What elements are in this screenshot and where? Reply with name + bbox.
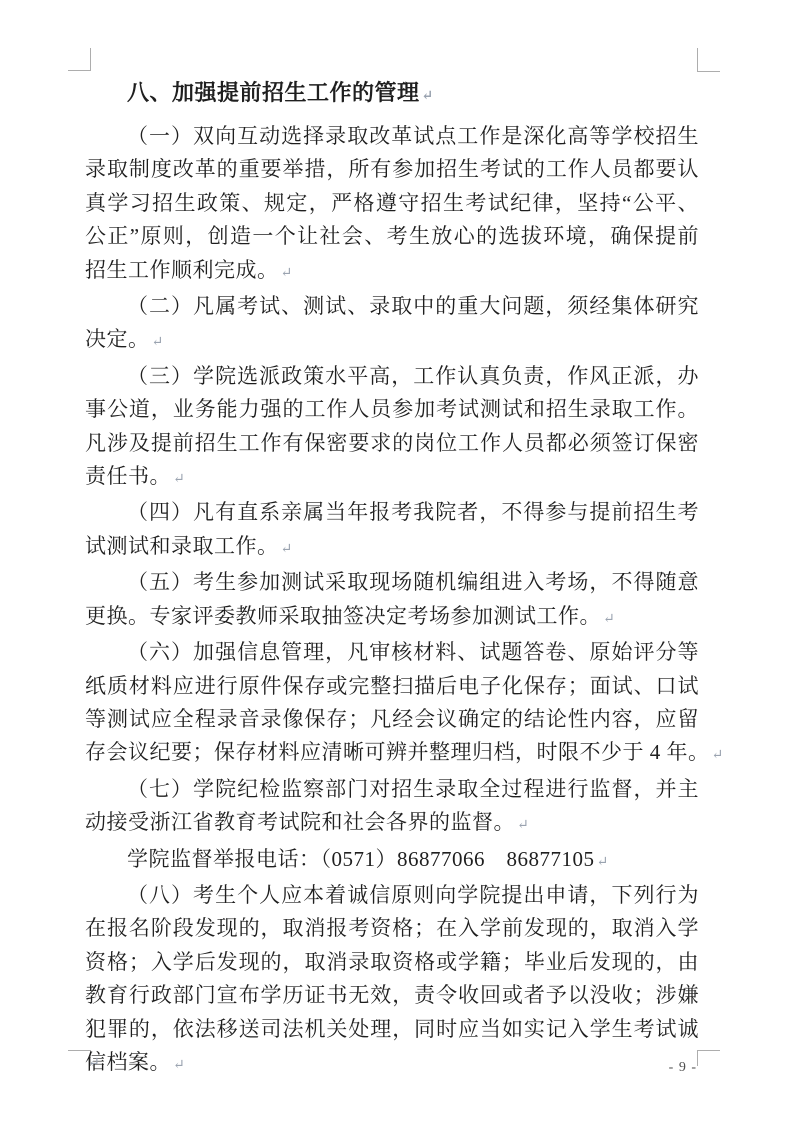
- text-line-content: 录取制度改革的重要举措，所有参加招生考试的工作人员都要认: [85, 157, 699, 181]
- section-heading-text: 八、加强提前招生工作的管理: [127, 80, 420, 105]
- pilcrow-mark: ↵: [597, 855, 609, 870]
- pilcrow-mark: ↵: [422, 89, 434, 104]
- text-line: 犯罪的，依法移送司法机关处理，同时应当如实记入学生考试诚: [85, 1013, 699, 1046]
- text-line: （一）双向互动选择录取改革试点工作是深化高等学校招生: [85, 120, 699, 153]
- text-line: （八）考生个人应本着诚信原则向学院提出申请，下列行为: [85, 879, 699, 912]
- text-line-content: （四）凡有直系亲属当年报考我院者，不得参与提前招生考: [127, 500, 699, 524]
- text-line: 事公道，业务能力强的工作人员参加考试测试和招生录取工作。: [85, 393, 699, 426]
- text-line-content: 责任书。: [85, 464, 171, 488]
- text-line-content: （一）双向互动选择录取改革试点工作是深化高等学校招生: [127, 124, 699, 148]
- text-line: 凡涉及提前招生工作有保密要求的岗位工作人员都必须签订保密: [85, 427, 699, 460]
- text-line-content: 招生工作顺利完成。: [85, 258, 279, 282]
- text-line: 动接受浙江省教育考试院和社会各界的监督。↵: [85, 806, 699, 842]
- text-line-phone: 学院监督举报电话：（0571）86877066 86877105↵: [85, 843, 699, 879]
- text-line-content: 教育行政部门宣布学历证书无效，责令收回或者予以没收；涉嫌: [85, 983, 699, 1007]
- text-line: （六）加强信息管理，凡审核材料、试题答卷、原始评分等: [85, 636, 699, 669]
- text-line-content: （三）学院选派政策水平高，工作认真负责，作风正派，办: [127, 364, 699, 388]
- pilcrow-mark: ↵: [281, 266, 293, 281]
- text-line: 等测试应全程录音录像保存；凡经会议确定的结论性内容，应留: [85, 703, 699, 736]
- pilcrow-mark: ↵: [173, 1058, 185, 1073]
- text-line: 决定。↵: [85, 323, 699, 359]
- text-line-content: 真学习招生政策、规定，严格遵守招生考试纪律，坚持“公平、: [85, 191, 699, 215]
- text-line-content: （七）学院纪检监察部门对招生录取全过程进行监督，并主: [127, 777, 699, 801]
- pilcrow-mark: ↵: [517, 818, 529, 833]
- text-line-content: 动接受浙江省教育考试院和社会各界的监督。: [85, 810, 515, 834]
- text-line-content: 纸质材料应进行原件保存或完整扫描后电子化保存；面试、口试: [85, 674, 699, 698]
- document-page: 八、加强提前招生工作的管理↵ （一）双向互动选择录取改革试点工作是深化高等学校招…: [0, 0, 792, 1134]
- text-line: （七）学院纪检监察部门对招生录取全过程进行监督，并主: [85, 773, 699, 806]
- text-line: 更换。专家评委教师采取抽签决定考场参加测试工作。↵: [85, 600, 699, 636]
- text-line-content: 试测试和录取工作。: [85, 534, 279, 558]
- text-boundary-mark-top-right: [697, 48, 720, 72]
- text-line: （二）凡属考试、测试、录取中的重大问题，须经集体研究: [85, 290, 699, 323]
- text-line: 公正”原则，创造一个让社会、考生放心的选拔环境，确保提前: [85, 220, 699, 253]
- text-line-content: 公正”原则，创造一个让社会、考生放心的选拔环境，确保提前: [85, 224, 699, 248]
- page-number: - 9 -: [630, 1060, 697, 1076]
- pilcrow-mark: ↵: [152, 335, 164, 350]
- text-line: （三）学院选派政策水平高，工作认真负责，作风正派，办: [85, 360, 699, 393]
- text-line-content: 资格；入学后发现的，取消录取资格或学籍；毕业后发现的，由: [85, 950, 699, 974]
- text-line: 教育行政部门宣布学历证书无效，责令收回或者予以没收；涉嫌: [85, 979, 699, 1012]
- document-body: 八、加强提前招生工作的管理↵ （一）双向互动选择录取改革试点工作是深化高等学校招…: [85, 74, 699, 1082]
- text-line: 试测试和录取工作。↵: [85, 530, 699, 566]
- text-line: 资格；入学后发现的，取消录取资格或学籍；毕业后发现的，由: [85, 946, 699, 979]
- phone-line-content: 学院监督举报电话：（0571）86877066 86877105: [127, 847, 595, 871]
- text-boundary-mark-bottom-right: [697, 1050, 720, 1066]
- text-line-content: 犯罪的，依法移送司法机关处理，同时应当如实记入学生考试诚: [85, 1017, 699, 1041]
- pilcrow-mark: ↵: [603, 612, 615, 627]
- text-line-content: （二）凡属考试、测试、录取中的重大问题，须经集体研究: [127, 294, 699, 318]
- text-line: （四）凡有直系亲属当年报考我院者，不得参与提前招生考: [85, 496, 699, 529]
- text-line: 真学习招生政策、规定，严格遵守招生考试纪律，坚持“公平、: [85, 187, 699, 220]
- pilcrow-mark: ↵: [712, 748, 724, 763]
- text-line-content: （八）考生个人应本着诚信原则向学院提出申请，下列行为: [127, 883, 699, 907]
- text-line: 纸质材料应进行原件保存或完整扫描后电子化保存；面试、口试: [85, 670, 699, 703]
- text-line: 在报名阶段发现的，取消报考资格；在入学前发现的，取消入学: [85, 912, 699, 945]
- pilcrow-mark: ↵: [281, 542, 293, 557]
- text-line: 责任书。↵: [85, 460, 699, 496]
- text-boundary-mark-top-left: [68, 48, 91, 71]
- text-line-content: （五）考生参加测试采取现场随机编组进入考场，不得随意: [127, 570, 699, 594]
- text-line-content: 等测试应全程录音录像保存；凡经会议确定的结论性内容，应留: [85, 707, 699, 731]
- text-line-content: （六）加强信息管理，凡审核材料、试题答卷、原始评分等: [127, 640, 699, 664]
- text-line-content: 事公道，业务能力强的工作人员参加考试测试和招生录取工作。: [85, 397, 699, 421]
- text-line: 存会议纪要；保存材料应清晰可辨并整理归档，时限不少于 4 年。↵: [85, 736, 699, 772]
- empty-paragraph-pilcrow-mark: ↵: [88, 1055, 100, 1072]
- text-line-content: 凡涉及提前招生工作有保密要求的岗位工作人员都必须签订保密: [85, 431, 699, 455]
- pilcrow-mark: ↵: [173, 472, 185, 487]
- text-line-content: 存会议纪要；保存材料应清晰可辨并整理归档，时限不少于 4 年。: [85, 740, 710, 764]
- text-line: 招生工作顺利完成。↵: [85, 254, 699, 290]
- section-heading: 八、加强提前招生工作的管理↵: [85, 74, 699, 116]
- text-line: 信档案。↵: [85, 1046, 699, 1082]
- text-line: 录取制度改革的重要举措，所有参加招生考试的工作人员都要认: [85, 153, 699, 186]
- text-line-content: 更换。专家评委教师采取抽签决定考场参加测试工作。: [85, 604, 601, 628]
- text-line-content: 决定。: [85, 327, 150, 351]
- text-line: （五）考生参加测试采取现场随机编组进入考场，不得随意: [85, 566, 699, 599]
- text-line-content: 在报名阶段发现的，取消报考资格；在入学前发现的，取消入学: [85, 916, 699, 940]
